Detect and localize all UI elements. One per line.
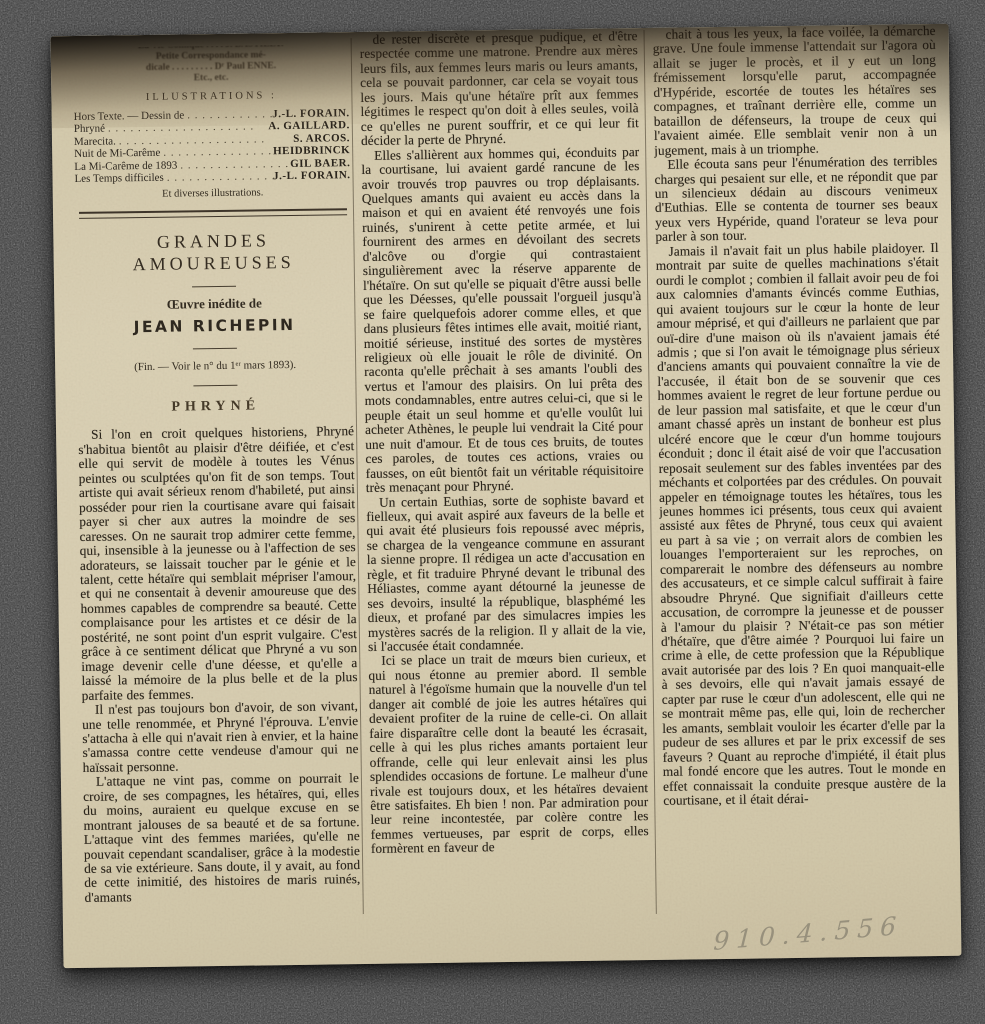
article-subtitle: Œuvre inédite de [76,295,352,314]
article-paragraph: chait à tous les yeux, la face voilée, l… [652,24,937,158]
rule-divider [192,286,236,288]
illustrator-name: J.-L. FORAIN. [273,169,351,182]
column-1: La Vie Comique . . . . J. BASTILLY. Peti… [73,44,361,914]
illustration-title: Phryné [74,123,105,136]
article-paragraph: de rester discrète et presque pudique, e… [360,29,640,148]
illustrator-name: GIL BAER. [290,157,350,170]
article-paragraph: Si l'on en croit quelques historiens, Ph… [78,425,358,703]
article-paragraph: Elles s'allièrent aux hommes qui, écondu… [361,145,644,496]
column-1-body: Si l'on en croit quelques historiens, Ph… [78,425,361,906]
article-paragraph: Un certain Euthias, sorte de sophiste ba… [366,492,646,655]
illustrator-name: S. ARCOS. [293,132,350,145]
illustrator-name: HEIDBRINCK [273,144,350,157]
article-paragraph: L'attaque ne vint pas, comme on pourrait… [83,771,361,905]
newspaper-page: La Vie Comique . . . . J. BASTILLY. Peti… [51,24,962,968]
section-heading-phryne: PHRYNÉ [78,397,354,418]
rule-divider [193,385,237,387]
illustration-title: Marecita. [74,135,116,148]
column-2-body: de rester discrète et presque pudique, e… [360,29,649,857]
illustrations-heading: ILLUSTRATIONS : [73,89,349,105]
handwritten-shelf-mark: 910.4.556 [712,911,903,956]
article-title: GRANDES AMOUREUSES [75,229,352,277]
illustration-title: Les Temps difficiles [74,172,163,186]
article-paragraph: Il n'est pas toujours bon d'avoir, de so… [82,699,359,775]
illustrations-footer: Et diverses illustrations. [75,187,351,203]
illustration-row: Les Temps difficiles . . . . . . . . . .… [74,169,350,185]
double-rule-divider [79,209,347,220]
article-paragraph: Elle écouta sans peur l'énumération des … [654,154,938,245]
column-3-body: chait à tous les yeux, la face voilée, l… [652,24,946,808]
illustration-title: Nuit de Mi-Carême [74,147,160,161]
illustrator-name: A. GAILLARD. [268,120,350,134]
serial-note: (Fin. — Voir le n° du 1ᵉʳ mars 1893). [77,359,353,376]
article-paragraph: Ici se place un trait de mœurs bien curi… [368,651,649,857]
illustrations-list: Hors Texte. — Dessin de . . . . . . . . … [74,107,351,185]
masthead-credits: La Vie Comique . . . . J. BASTILLY. Peti… [73,44,350,86]
article-paragraph: Jamais il n'avait fait un plus habile pl… [656,241,947,809]
column-3: chait à tous les yeux, la face voilée, l… [652,24,947,906]
leader-dots: . . . . . . . . . . . . . . . . . . . . [164,170,274,184]
illustrator-name: J.-L. FORAIN. [272,107,350,120]
scanned-newspaper-photo: La Vie Comique . . . . J. BASTILLY. Peti… [0,0,985,1024]
rule-divider [193,348,237,350]
column-2: de rester discrète et presque pudique, e… [360,29,650,910]
article-author: JEAN RICHEPIN [76,316,352,339]
